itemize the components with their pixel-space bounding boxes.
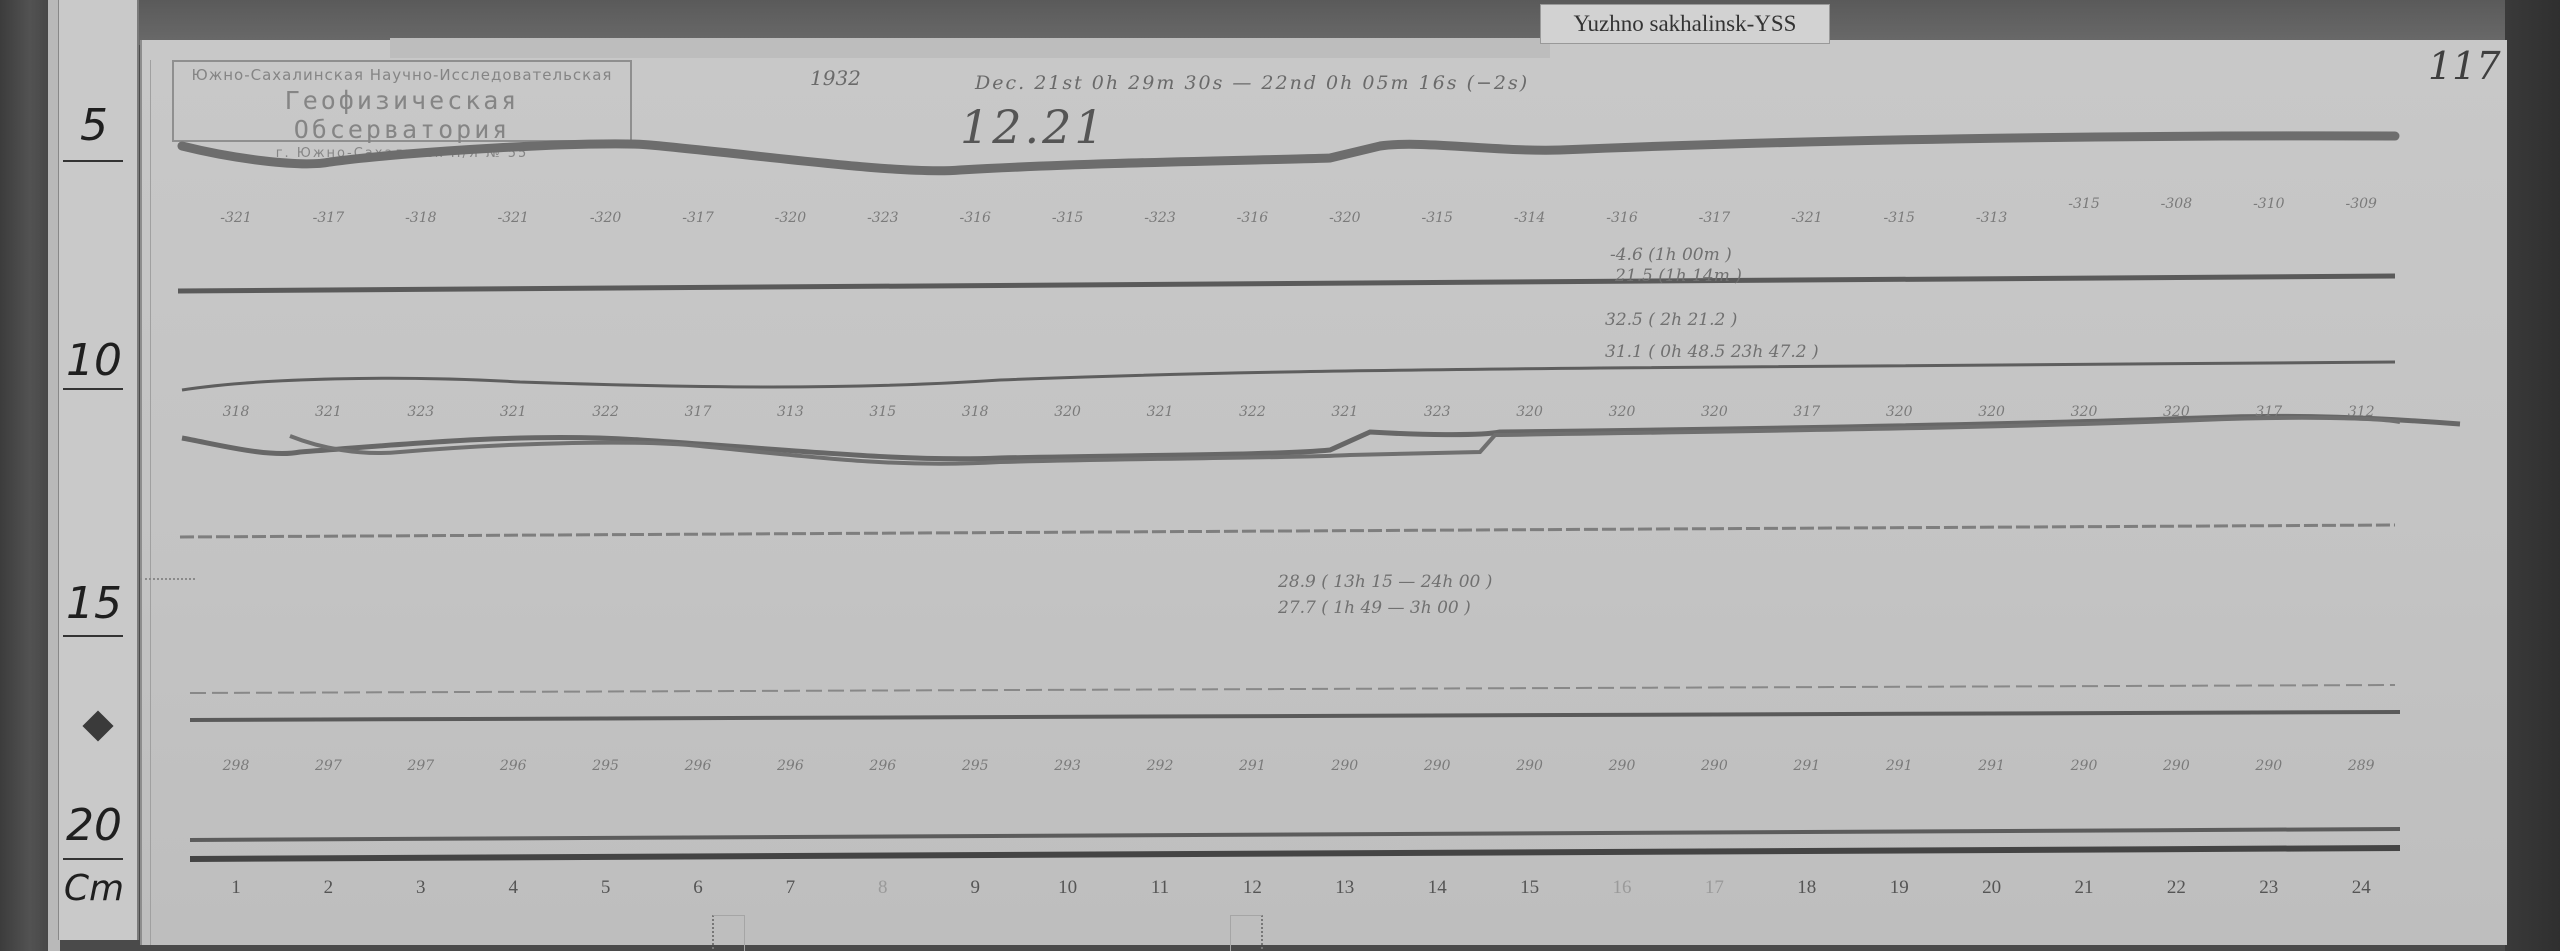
hour-label: 22	[2167, 877, 2186, 899]
value-label: 318	[962, 404, 989, 420]
hour-label: 4	[508, 877, 518, 899]
value-label: -321	[1791, 210, 1822, 226]
value-label: 321	[315, 404, 342, 420]
value-label: 320	[1609, 404, 1636, 420]
hour-label: 13	[1335, 877, 1354, 899]
value-label: 320	[1516, 404, 1543, 420]
baseline-5	[190, 848, 2400, 859]
value-label: 321	[500, 404, 527, 420]
hour-label: 10	[1058, 877, 1077, 899]
hour-label: 2	[324, 877, 334, 899]
value-label: -309	[2345, 196, 2376, 212]
value-label: 317	[2255, 404, 2282, 420]
value-label: 321	[1147, 404, 1174, 420]
value-label: 296	[869, 758, 896, 774]
value-label: -308	[2161, 196, 2192, 212]
value-label: 320	[1886, 404, 1913, 420]
value-label: -317	[682, 210, 713, 226]
value-label: 290	[2255, 758, 2282, 774]
hour-label: 5	[601, 877, 611, 899]
hour-label: 20	[1982, 877, 2001, 899]
value-label: 322	[1239, 404, 1266, 420]
value-label: -317	[313, 210, 344, 226]
hour-label: 14	[1428, 877, 1447, 899]
value-label: -316	[1606, 210, 1637, 226]
value-label: 320	[2163, 404, 2190, 420]
value-label: 291	[1978, 758, 2005, 774]
value-label: 289	[2348, 758, 2375, 774]
value-row-3: 2982972972962952962962962952932922912902…	[0, 758, 2560, 778]
value-label: -323	[1144, 210, 1175, 226]
value-label: 296	[500, 758, 527, 774]
note-3b: 27.7 ( 1h 49 — 3h 00 )	[1278, 598, 1471, 618]
baseline-2	[180, 525, 2395, 537]
hour-label: 1	[231, 877, 241, 899]
value-label: 320	[1054, 404, 1081, 420]
note-2b: 31.1 ( 0h 48.5 23h 47.2 )	[1605, 342, 1819, 362]
value-row-1: -321-317-318-321-320-317-320-323-316-315…	[0, 210, 2560, 230]
note-3a: 28.9 ( 13h 15 — 24h 00 )	[1278, 572, 1492, 592]
baseline-4	[190, 829, 2400, 840]
note-2a: 32.5 ( 2h 21.2 )	[1605, 310, 1737, 330]
baseline-3	[190, 685, 2395, 693]
value-label: 292	[1147, 758, 1174, 774]
value-label: 317	[1793, 404, 1820, 420]
value-label: 313	[777, 404, 804, 420]
value-label: -320	[775, 210, 806, 226]
note-1a: -4.6 (1h 00m )	[1610, 245, 1732, 265]
value-label: 296	[685, 758, 712, 774]
value-label: 290	[2163, 758, 2190, 774]
hour-axis: 123456789101112131415161718192021222324	[0, 877, 2560, 907]
hour-label: 17	[1705, 877, 1724, 899]
value-label: -316	[959, 210, 990, 226]
value-label: 291	[1886, 758, 1913, 774]
value-label: 290	[1516, 758, 1543, 774]
value-label: 322	[592, 404, 619, 420]
value-label: 290	[1609, 758, 1636, 774]
value-label: -316	[1237, 210, 1268, 226]
value-label: -310	[2253, 196, 2284, 212]
hour-label: 7	[786, 877, 796, 899]
hour-label: 18	[1797, 877, 1816, 899]
value-label: 297	[315, 758, 342, 774]
value-label: -315	[1052, 210, 1083, 226]
trace-second	[182, 362, 2395, 390]
tape-piece	[712, 915, 745, 951]
value-label: 323	[407, 404, 434, 420]
value-label: 295	[962, 758, 989, 774]
trace-top	[182, 136, 2395, 171]
hour-label: 3	[416, 877, 426, 899]
value-label: -313	[1976, 210, 2007, 226]
value-label: 321	[1331, 404, 1358, 420]
value-label: 312	[2348, 404, 2375, 420]
value-label: -321	[220, 210, 251, 226]
trace-bottom	[190, 712, 2400, 720]
hour-label: 24	[2352, 877, 2371, 899]
value-label: 318	[223, 404, 250, 420]
value-label: -321	[497, 210, 528, 226]
value-label: 290	[2071, 758, 2098, 774]
hour-label: 8	[878, 877, 888, 899]
hour-label: 6	[693, 877, 703, 899]
hour-label: 16	[1613, 877, 1632, 899]
value-label: -315	[1421, 210, 1452, 226]
value-label: 320	[1978, 404, 2005, 420]
hour-label: 23	[2259, 877, 2278, 899]
value-row-2: 3183213233213223173133153183203213223213…	[0, 404, 2560, 424]
value-label: 297	[407, 758, 434, 774]
value-label: 320	[2071, 404, 2098, 420]
value-label: 315	[869, 404, 896, 420]
value-label: 290	[1701, 758, 1728, 774]
value-label: 290	[1331, 758, 1358, 774]
hour-label: 11	[1151, 877, 1169, 899]
value-label: 290	[1424, 758, 1451, 774]
value-label: -314	[1514, 210, 1545, 226]
hour-label: 12	[1243, 877, 1262, 899]
value-label: 296	[777, 758, 804, 774]
baseline-1	[178, 276, 2395, 291]
value-label: -318	[405, 210, 436, 226]
hour-label: 19	[1890, 877, 1909, 899]
value-label: 298	[223, 758, 250, 774]
hour-label: 15	[1520, 877, 1539, 899]
value-label: 323	[1424, 404, 1451, 420]
note-1b: 21.5 (1h 14m )	[1615, 266, 1742, 286]
value-label: -317	[1699, 210, 1730, 226]
value-label: 295	[592, 758, 619, 774]
value-label: 317	[685, 404, 712, 420]
magnetogram-traces	[0, 0, 2560, 951]
tape-piece	[1230, 915, 1263, 951]
hour-label: 9	[970, 877, 980, 899]
value-label: 291	[1239, 758, 1266, 774]
hour-label: 21	[2075, 877, 2094, 899]
value-label: -323	[867, 210, 898, 226]
value-label: -315	[2068, 196, 2099, 212]
value-label: -320	[1329, 210, 1360, 226]
value-label: -315	[1883, 210, 1914, 226]
value-label: 320	[1701, 404, 1728, 420]
value-label: 293	[1054, 758, 1081, 774]
value-label: -320	[590, 210, 621, 226]
value-label: 291	[1793, 758, 1820, 774]
